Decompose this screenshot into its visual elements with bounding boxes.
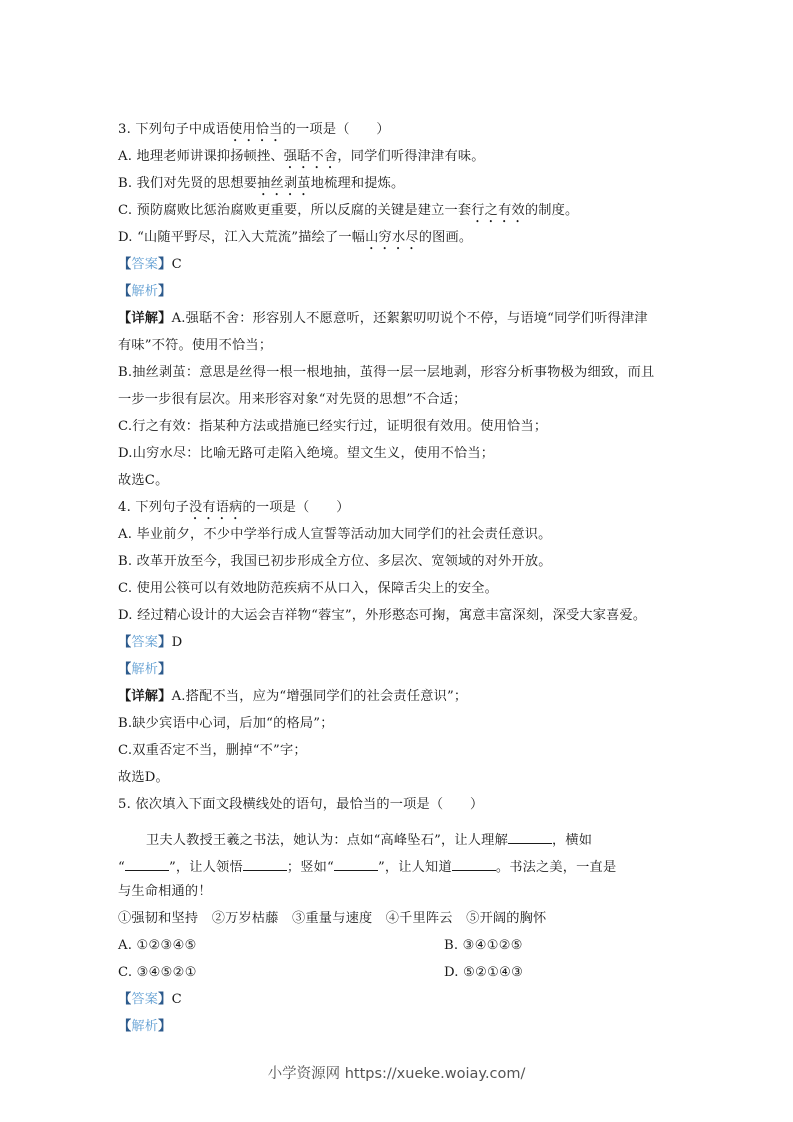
q4-answer: 【答案】D (118, 634, 182, 652)
q3-conclusion: 故选C。 (118, 472, 168, 490)
q3-detail-line: 【详解】A.强聒不舍：形容别人不愿意听，还絮絮叨叨说个不停，与语境“同学们听得津… (118, 310, 648, 328)
q5-option-d: D. ⑤②①④③ (444, 964, 523, 982)
q3-stem: 3. 下列句子中成语使用恰当的一项是（ ） (118, 121, 390, 145)
q3-answer: 【答案】C (118, 256, 182, 274)
answer-value: C (172, 992, 182, 1007)
bracket-close: 】 (158, 1019, 171, 1034)
fill-blank (243, 856, 287, 871)
analysis-label: 解析 (131, 284, 158, 299)
option-text: ，同学们听得津津有味。 (337, 149, 484, 164)
q5-items: ①强韧和坚持 ②万岁枯藤 ③重量与速度 ④千里阵云 ⑤开阔的胸怀 (118, 910, 546, 928)
analysis-label: 解析 (131, 662, 158, 677)
passage-text: “ (118, 860, 125, 875)
q5-options-row: C. ③④⑤②① D. ⑤②①④③ (118, 964, 197, 982)
answer-label: 答案 (131, 635, 158, 650)
q5-stem: 5. 依次填入下面文段横线处的语句，最恰当的一项是（ ） (118, 796, 483, 814)
q5-passage-line: “”，让人领悟；竖如“”，让人知道。书法之美，一直是 (118, 856, 616, 877)
bracket-open: 【 (118, 284, 131, 299)
emphasis-text: 强聒不舍 (284, 149, 338, 164)
stem-text: 的一项是（ ） (283, 122, 390, 137)
emphasis-text: 使用恰当 (229, 122, 283, 137)
detail-text: A.搭配不当，应为“增强同学们的社会责任意识”； (172, 689, 468, 704)
bracket-open: 【 (118, 992, 131, 1007)
footer-watermark: 小学资源网 https://xueke.woiay.com/ (0, 1062, 793, 1083)
q5-option-b: B. ③④①②⑤ (444, 937, 523, 955)
stem-text: 4. 下列句子 (118, 500, 189, 515)
passage-text: ”，让人知道 (378, 860, 452, 875)
detail-label: 【详解】 (118, 689, 172, 704)
answer-value: D (172, 635, 183, 650)
option-text: D. “山随平野尽，江入大荒流”描绘了一幅 (118, 230, 365, 245)
fill-blank (125, 856, 169, 871)
bracket-close: 】 (158, 257, 171, 272)
q3-option-a: A. 地理老师讲课抑扬顿挫、强聒不舍，同学们听得津津有味。 (118, 148, 485, 172)
option-text: C. 预防腐败比惩治腐败更重要，所以反腐的关键是建立一套 (118, 203, 471, 218)
q3-detail-line: 一步一步很有层次。用来形容对象“对先贤的思想”不合适； (118, 391, 467, 409)
bracket-open: 【 (118, 257, 131, 272)
bracket-open: 【 (118, 635, 131, 650)
option-text: 地梳理和提炼。 (311, 176, 405, 191)
q5-options-row: A. ①②③④⑤ B. ③④①②⑤ (118, 937, 197, 955)
detail-label: 【详解】 (118, 311, 172, 326)
fill-blank (452, 856, 496, 871)
q5-passage-line: 与生命相通的！ (118, 883, 212, 901)
q5-analysis: 【解析】 (118, 1018, 172, 1036)
q4-option-a: A. 毕业前夕，不少中学举行成人宣誓等活动加大同学们的社会责任意识。 (118, 526, 552, 544)
analysis-label: 解析 (131, 1019, 158, 1034)
answer-value: C (172, 257, 182, 272)
passage-text: 卫夫人教授王羲之书法，她认为：点如“高峰坠石”，让人理解 (146, 833, 508, 848)
stem-text: 3. 下列句子中成语 (118, 122, 229, 137)
q5-option-c: C. ③④⑤②① (118, 965, 197, 980)
q3-detail-line: 有味”不符。使用不恰当； (118, 337, 272, 355)
q4-option-b: B. 改革开放至今，我国已初步形成全方位、多层次、宽领域的对外开放。 (118, 553, 552, 571)
q3-detail-line: C.行之有效：指某种方法或措施已经实行过，证明很有效用。使用恰当； (118, 418, 547, 436)
q4-conclusion: 故选D。 (118, 769, 169, 787)
option-text: 的图画。 (419, 230, 473, 245)
q5-option-a: A. ①②③④⑤ (118, 938, 197, 953)
q4-option-c: C. 使用公筷可以有效地防范疾病不从口入，保障舌尖上的安全。 (118, 580, 498, 598)
q3-option-d: D. “山随平野尽，江入大荒流”描绘了一幅山穷水尽的图画。 (118, 229, 472, 253)
detail-text: A.强聒不舍：形容别人不愿意听，还絮絮叨叨说个不停，与语境“同学们听得津津 (172, 311, 648, 326)
q4-stem: 4. 下列句子没有语病的一项是（ ） (118, 499, 350, 523)
passage-text: ，横如 (552, 833, 592, 848)
answer-label: 答案 (131, 257, 158, 272)
fill-blank (334, 856, 378, 871)
answer-label: 答案 (131, 992, 158, 1007)
bracket-close: 】 (158, 284, 171, 299)
passage-text: ；竖如“ (287, 860, 334, 875)
bracket-open: 【 (118, 1019, 131, 1034)
q3-option-b: B. 我们对先贤的思想要抽丝剥茧地梳理和提炼。 (118, 175, 404, 199)
emphasis-text: 山穷水尽 (365, 230, 419, 245)
stem-text: 的一项是（ ） (243, 500, 350, 515)
q4-detail-line: 【详解】A.搭配不当，应为“增强同学们的社会责任意识”； (118, 688, 467, 706)
q4-option-d: D. 经过精心设计的大运会吉祥物“蓉宝”，外形憨态可掬，寓意丰富深刻，深受大家喜… (118, 607, 646, 625)
q5-answer: 【答案】C (118, 991, 182, 1009)
option-text: 的制度。 (525, 203, 579, 218)
bracket-close: 】 (158, 992, 171, 1007)
q5-passage-line: 卫夫人教授王羲之书法，她认为：点如“高峰坠石”，让人理解，横如 (146, 829, 592, 850)
passage-text: 。书法之美，一直是 (496, 860, 617, 875)
q3-detail-line: B.抽丝剥茧：意思是丝得一根一根地抽，茧得一层一层地剥，形容分析事物极为细致，而… (118, 364, 654, 382)
q4-detail-line: C.双重否定不当，删掉“不”字； (118, 742, 307, 760)
passage-text: ”，让人领悟 (169, 860, 243, 875)
q4-detail-line: B.缺少宾语中心词，后加“的格局”； (118, 715, 334, 733)
q3-detail-line: D.山穷水尽：比喻无路可走陷入绝境。望文生义，使用不恰当； (118, 445, 494, 463)
emphasis-text: 没有语病 (189, 500, 243, 515)
q3-option-c: C. 预防腐败比惩治腐败更重要，所以反腐的关键是建立一套行之有效的制度。 (118, 202, 578, 226)
bracket-close: 】 (158, 662, 171, 677)
q3-analysis: 【解析】 (118, 283, 172, 301)
emphasis-text: 行之有效 (471, 203, 525, 218)
option-text: A. 地理老师讲课抑扬顿挫、 (118, 149, 284, 164)
fill-blank (508, 829, 552, 844)
option-text: B. 我们对先贤的思想要 (118, 176, 257, 191)
q4-analysis: 【解析】 (118, 661, 172, 679)
bracket-close: 】 (158, 635, 171, 650)
bracket-open: 【 (118, 662, 131, 677)
emphasis-text: 抽丝剥茧 (257, 176, 311, 191)
